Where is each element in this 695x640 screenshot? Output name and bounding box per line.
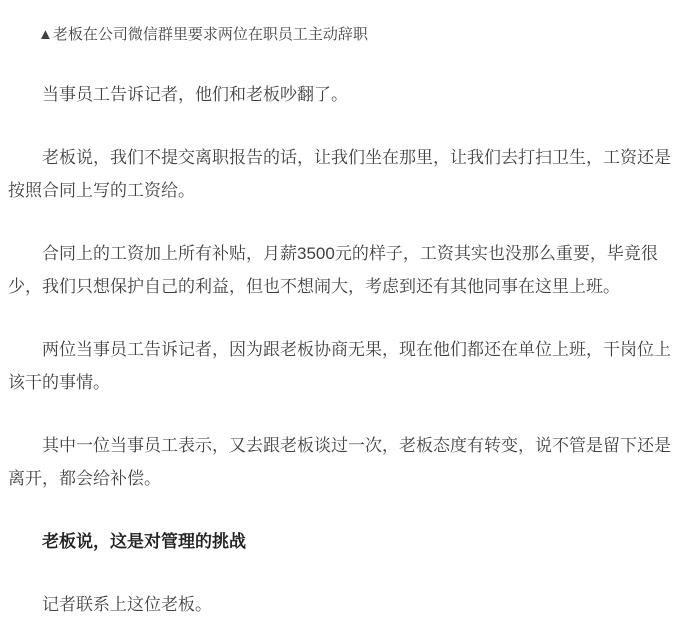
article-paragraph: 老板说，我们不提交离职报告的话，让我们坐在那里，让我们去打扫卫生，工资还是按照合… bbox=[8, 141, 687, 207]
article-paragraph: 两位当事员工告诉记者，因为跟老板协商无果，现在他们都还在单位上班，干岗位上该干的… bbox=[8, 333, 687, 399]
article-paragraph: 其中一位当事员工表示，又去跟老板谈过一次，老板态度有转变，说不管是留下还是离开，… bbox=[8, 429, 687, 495]
article-paragraph: 记者联系上这位老板。 bbox=[8, 588, 687, 621]
figure-caption: ▲老板在公司微信群里要求两位在职员工主动辞职 bbox=[8, 22, 687, 48]
section-heading: 老板说，这是对管理的挑战 bbox=[8, 525, 687, 558]
article-body: ▲老板在公司微信群里要求两位在职员工主动辞职 当事员工告诉记者，他们和老板吵翻了… bbox=[0, 0, 695, 621]
article-paragraph: 当事员工告诉记者，他们和老板吵翻了。 bbox=[8, 78, 687, 111]
article-paragraph: 合同上的工资加上所有补贴，月薪3500元的样子，工资其实也没那么重要，毕竟很少，… bbox=[8, 237, 687, 303]
